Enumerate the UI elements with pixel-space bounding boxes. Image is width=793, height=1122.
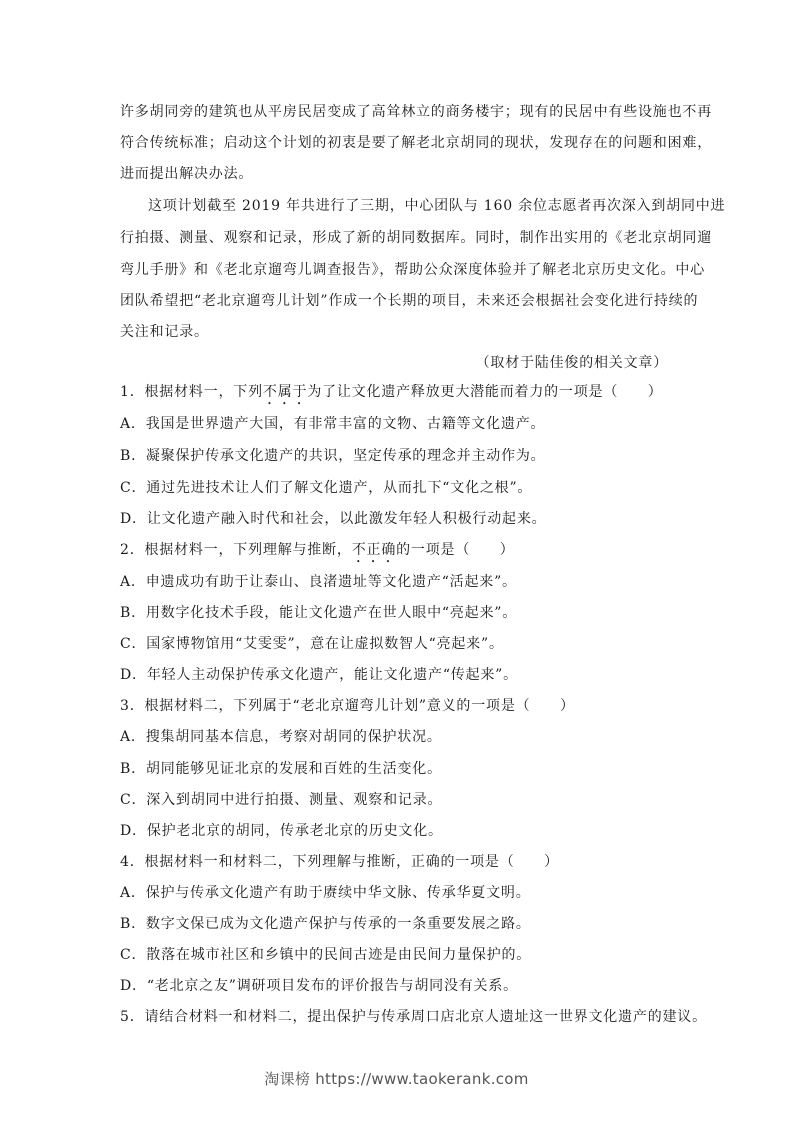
question-1-option-d: D．让文化遗产融入时代和社会，以此激发年轻人积极行动起来。 xyxy=(120,509,546,529)
question-4-option-d: D．“老北京之友”调研项目发布的评价报告与胡同没有关系。 xyxy=(120,976,518,996)
question-2-stem: 2．根据材料一，下列理解与推断，不正确的一项是（ ） xyxy=(120,540,515,566)
passage-line: 进而提出解决办法。 xyxy=(120,164,253,184)
question-4-option-a: A．保护与传承文化遗产有助于赓续中华文脉、传承华夏文明。 xyxy=(120,883,531,903)
question-4-option-b: B．数字文保已成为文化遗产保护与传承的一条重要发展之路。 xyxy=(120,914,531,934)
passage-line: 这项计划截至 2019 年共进行了三期，中心团队与 160 余位志愿者再次深入到… xyxy=(148,196,725,216)
question-4-option-c: C．散落在城市社区和乡镇中的民间古迹是由民间力量保护的。 xyxy=(120,945,531,965)
question-2-option-b: B．用数字化技术手段，能让文化遗产在世人眼中“亮起来”。 xyxy=(120,603,517,623)
question-3-option-c: C．深入到胡同中进行拍摄、测量、观察和记录。 xyxy=(120,790,442,810)
question-3-option-b: B．胡同能够见证北京的发展和百姓的生活变化。 xyxy=(120,759,442,779)
question-1-stem: 1．根据材料一，下列不属于为了让文化遗产释放更大潜能而着力的一项是（ ） xyxy=(120,382,663,408)
question-2-option-c: C．国家博物馆用“艾雯雯”，意在让虚拟数智人“亮起来”。 xyxy=(120,634,504,654)
stem-text: 的一项是（ ） xyxy=(396,542,514,558)
stem-emphasis: 不属于 xyxy=(263,384,307,400)
question-3-option-a: A．搜集胡同基本信息，考察对胡同的保护状况。 xyxy=(120,727,442,747)
stem-emphasis: 不正确 xyxy=(352,542,396,558)
question-1-option-a: A．我国是世界遗产大国，有非常丰富的文物、古籍等文化遗产。 xyxy=(120,414,545,434)
question-3-option-d: D．保护老北京的胡同，传承老北京的历史文化。 xyxy=(120,821,443,841)
stem-text: 1．根据材料一，下列 xyxy=(120,384,263,400)
passage-line: 行拍摄、测量、观察和记录，形成了新的胡同数据库。同时，制作出实用的《老北京胡同遛 xyxy=(120,228,712,248)
question-2-option-a: A．申遗成功有助于让泰山、良渚遗址等文化遗产“活起来”。 xyxy=(120,572,517,592)
stem-text: 2．根据材料一，下列理解与推断， xyxy=(120,542,352,558)
watermark-footer: 淘课榜 https://www.taokerank.com xyxy=(0,1068,793,1089)
question-3-stem: 3．根据材料二，下列属于“老北京遛弯儿计划”意义的一项是（ ） xyxy=(120,696,575,716)
stem-text: 为了让文化遗产释放更大潜能而着力的一项是（ ） xyxy=(307,384,662,400)
question-5-stem: 5．请结合材料一和材料二，提出保护与传承周口店北京人遗址这一世界文化遗产的建议。 xyxy=(120,1007,707,1027)
question-2-option-d: D．年轻人主动保护传承文化遗产，能让文化遗产“传起来”。 xyxy=(120,665,518,685)
passage-line: 弯儿手册》和《老北京遛弯儿调查报告》，帮助公众深度体验并了解老北京历史文化。中心 xyxy=(120,260,705,280)
passage-line: 关注和记录。 xyxy=(120,322,209,342)
question-4-stem: 4．根据材料一和材料二，下列理解与推断，正确的一项是（ ） xyxy=(120,852,559,872)
passage-line: 符合传统标准；启动这个计划的初衷是要了解老北京胡同的现状，发现存在的问题和困难， xyxy=(120,133,712,153)
passage-line: 团队希望把“老北京遛弯儿计划”作成一个长期的项目，未来还会根据社会变化进行持续的 xyxy=(120,291,698,311)
question-1-option-c: C．通过先进技术让人们了解文化遗产，从而扎下“文化之根”。 xyxy=(120,478,532,498)
passage-line: 许多胡同旁的建筑也从平房民居变成了高耸林立的商务楼宇；现有的民居中有些设施也不再 xyxy=(120,102,712,122)
question-1-option-b: B．凝聚保护传承文化遗产的共识，坚定传承的理念并主动作为。 xyxy=(120,446,546,466)
passage-source: （取材于陆佳俊的相关文章） xyxy=(476,353,668,373)
